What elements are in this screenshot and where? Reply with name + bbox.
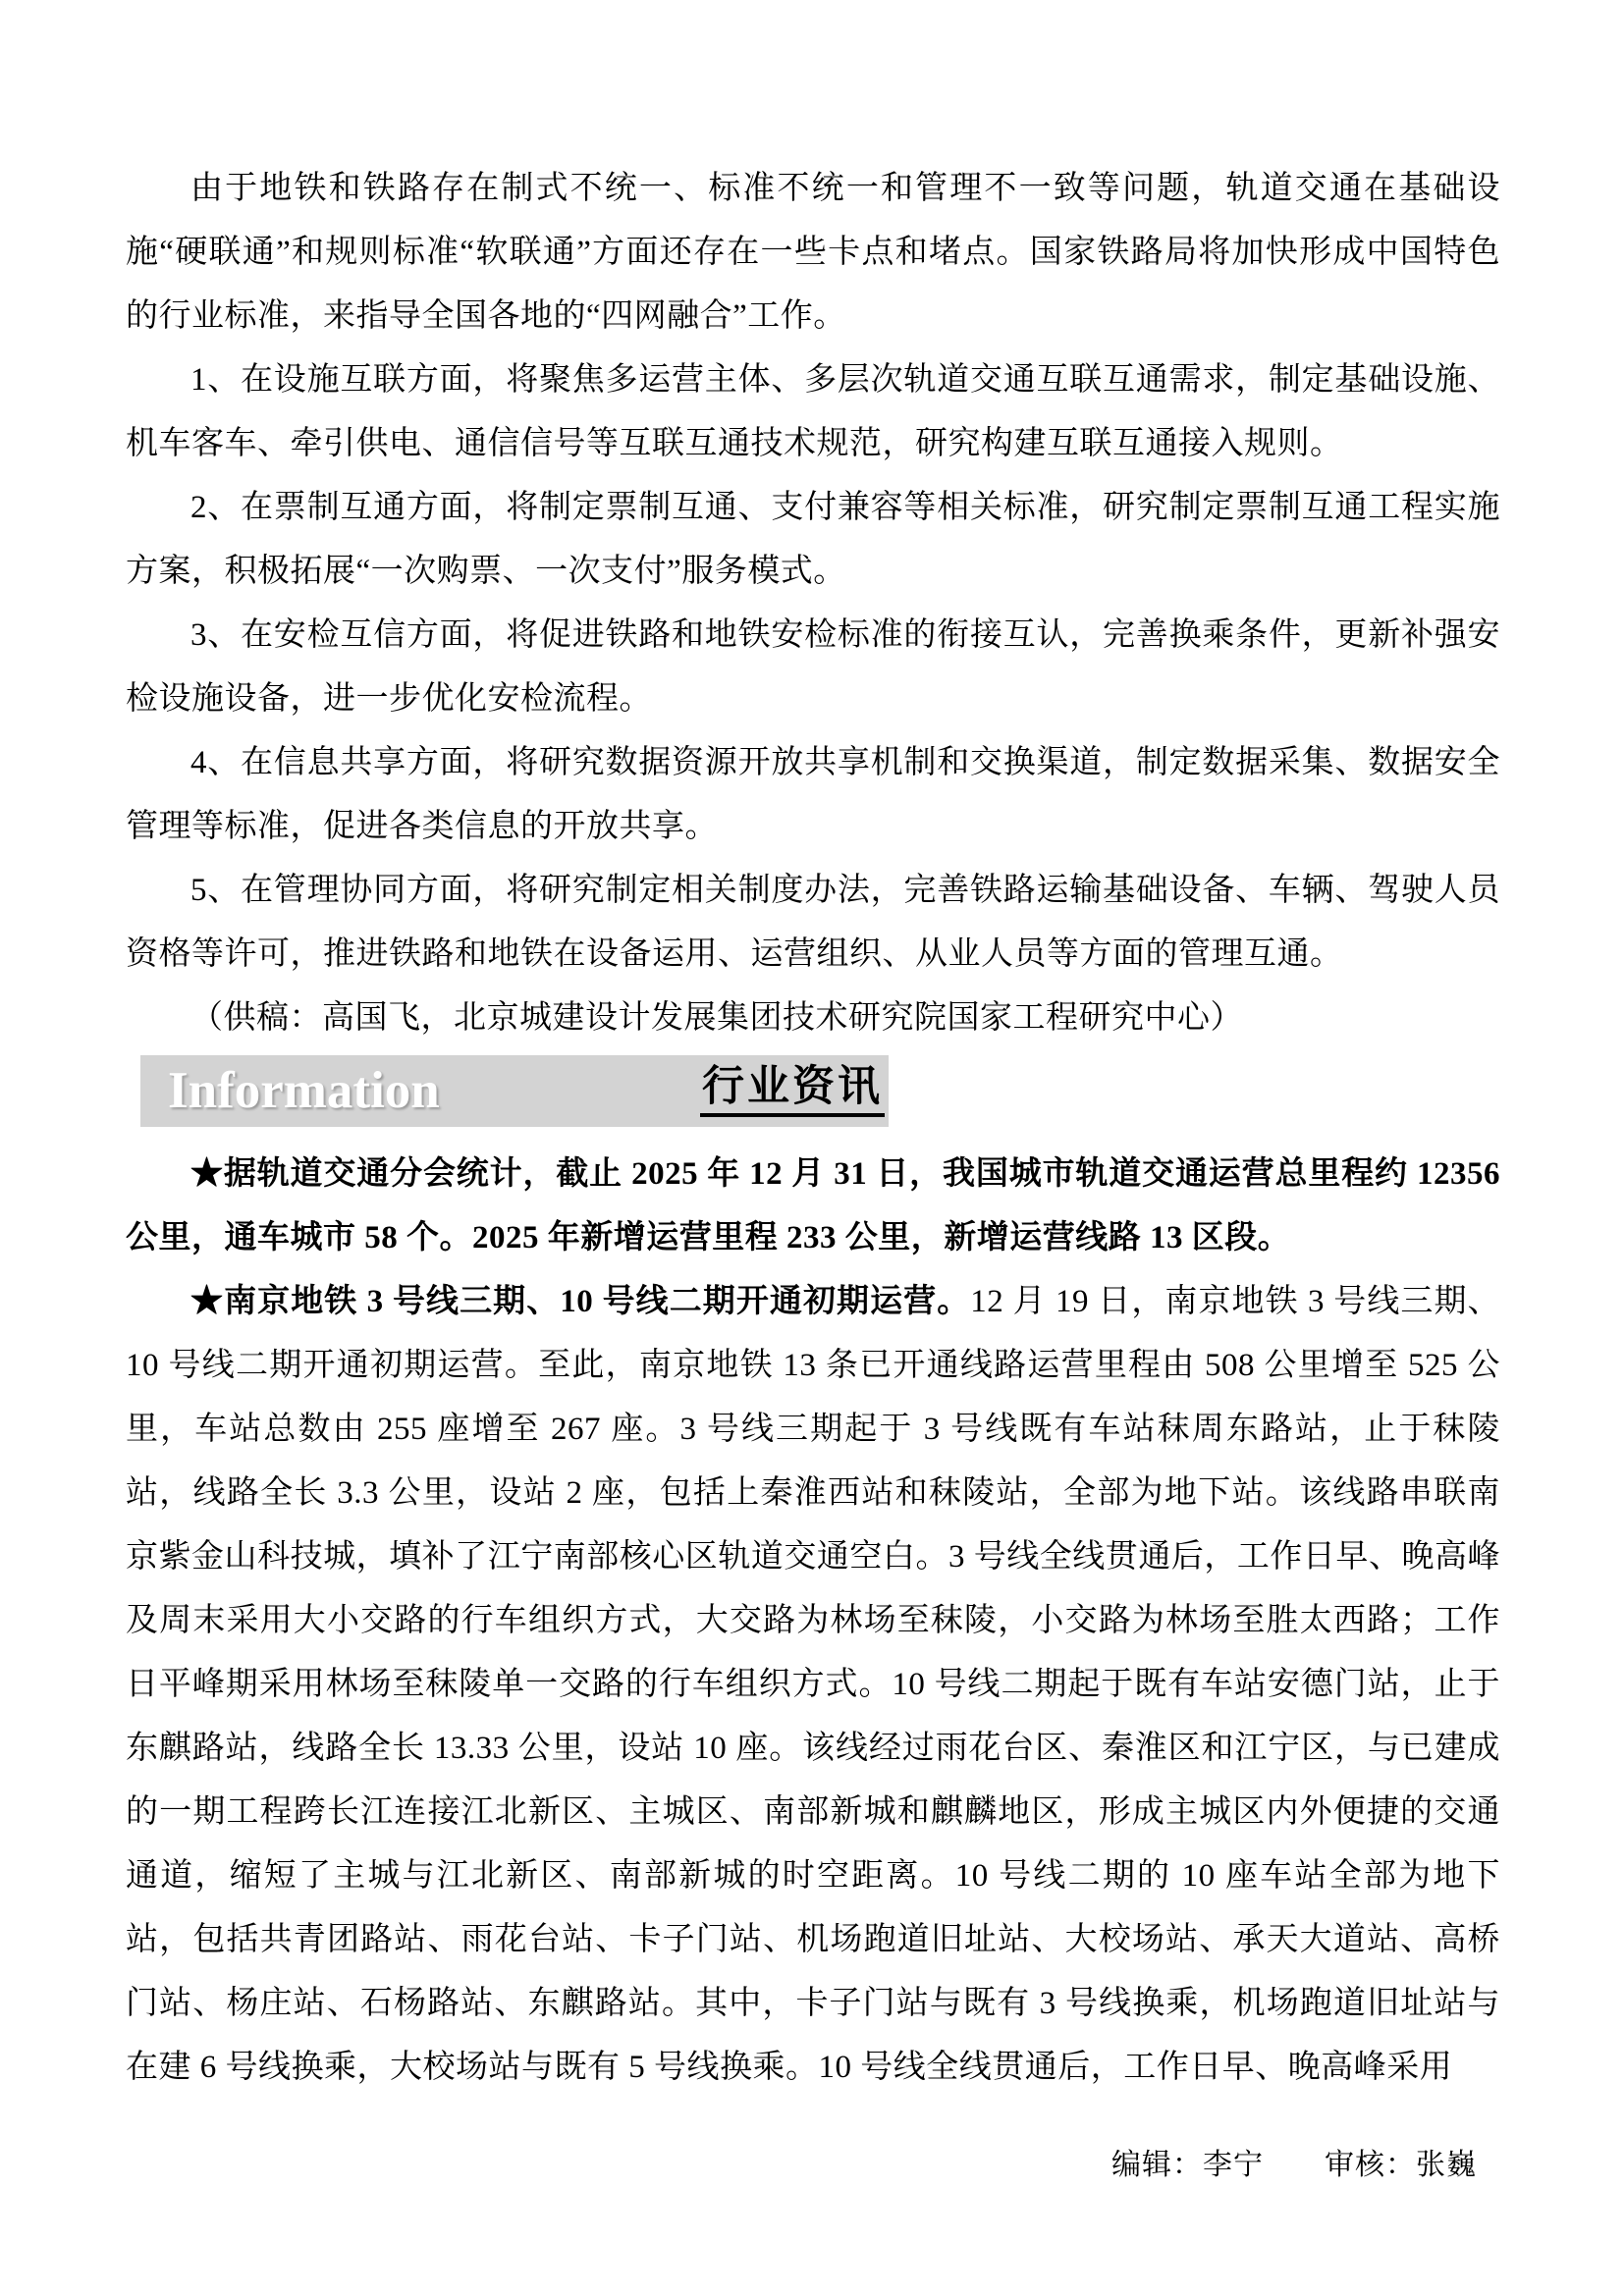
- paragraph: ★南京地铁 3 号线三期、10 号线二期开通初期运营。12 月 19 日，南京地…: [126, 1270, 1500, 2100]
- paragraph: （供稿：高国飞，北京城建设计发展集团技术研究院国家工程研究中心）: [126, 987, 1500, 1050]
- section-title-en: Information: [168, 1055, 440, 1127]
- paragraph: 1、在设施互联方面，将聚焦多运营主体、多层次轨道交通互联互通需求，制定基础设施、…: [126, 348, 1500, 476]
- text-segment: 由于地铁和铁路存在制式不统一、标准不统一和管理不一致等问题，轨道交通在基础设施“…: [126, 171, 1500, 334]
- document-page: 由于地铁和铁路存在制式不统一、标准不统一和管理不一致等问题，轨道交通在基础设施“…: [0, 0, 1624, 2296]
- footer-credits: 编辑：李宁 审核：张巍: [1111, 2146, 1477, 2185]
- paragraph: 3、在安检互信方面，将促进铁路和地铁安检标准的衔接互认，完善换乘条件，更新补强安…: [126, 604, 1500, 731]
- text-segment: ★据轨道交通分会统计，截止 2025 年 12 月 31 日，我国城市轨道交通运…: [126, 1156, 1500, 1255]
- article-news: ★据轨道交通分会统计，截止 2025 年 12 月 31 日，我国城市轨道交通运…: [126, 1143, 1500, 2100]
- section-title-zh: 行业资讯: [700, 1066, 885, 1117]
- text-segment: 12 月 19 日，南京地铁 3 号线三期、10 号线二期开通初期运营。至此，南…: [126, 1284, 1500, 2085]
- content-area: 由于地铁和铁路存在制式不统一、标准不统一和管理不一致等问题，轨道交通在基础设施“…: [126, 157, 1500, 2100]
- paragraph: 5、在管理协同方面，将研究制定相关制度办法，完善铁路运输基础设备、车辆、驾驶人员…: [126, 859, 1500, 987]
- paragraph: 2、在票制互通方面，将制定票制互通、支付兼容等相关标准，研究制定票制互通工程实施…: [126, 476, 1500, 604]
- text-segment: ★南京地铁 3 号线三期、10 号线二期开通初期运营。: [190, 1284, 970, 1319]
- text-segment: 4、在信息共享方面，将研究数据资源开放共享机制和交换渠道，制定数据采集、数据安全…: [126, 745, 1500, 844]
- text-segment: 3、在安检互信方面，将促进铁路和地铁安检标准的衔接互认，完善换乘条件，更新补强安…: [126, 617, 1500, 717]
- paragraph: 4、在信息共享方面，将研究数据资源开放共享机制和交换渠道，制定数据采集、数据安全…: [126, 731, 1500, 859]
- text-segment: （供稿：高国飞，北京城建设计发展集团技术研究院国家工程研究中心）: [190, 1000, 1243, 1036]
- text-segment: 2、在票制互通方面，将制定票制互通、支付兼容等相关标准，研究制定票制互通工程实施…: [126, 490, 1500, 589]
- article-main: 由于地铁和铁路存在制式不统一、标准不统一和管理不一致等问题，轨道交通在基础设施“…: [126, 157, 1500, 1050]
- text-segment: 5、在管理协同方面，将研究制定相关制度办法，完善铁路运输基础设备、车辆、驾驶人员…: [126, 873, 1500, 972]
- paragraph: ★据轨道交通分会统计，截止 2025 年 12 月 31 日，我国城市轨道交通运…: [126, 1143, 1500, 1270]
- text-segment: 1、在设施互联方面，将聚焦多运营主体、多层次轨道交通互联互通需求，制定基础设施、…: [126, 362, 1500, 461]
- section-header-bar: Information 行业资讯: [140, 1055, 889, 1127]
- paragraph: 由于地铁和铁路存在制式不统一、标准不统一和管理不一致等问题，轨道交通在基础设施“…: [126, 157, 1500, 348]
